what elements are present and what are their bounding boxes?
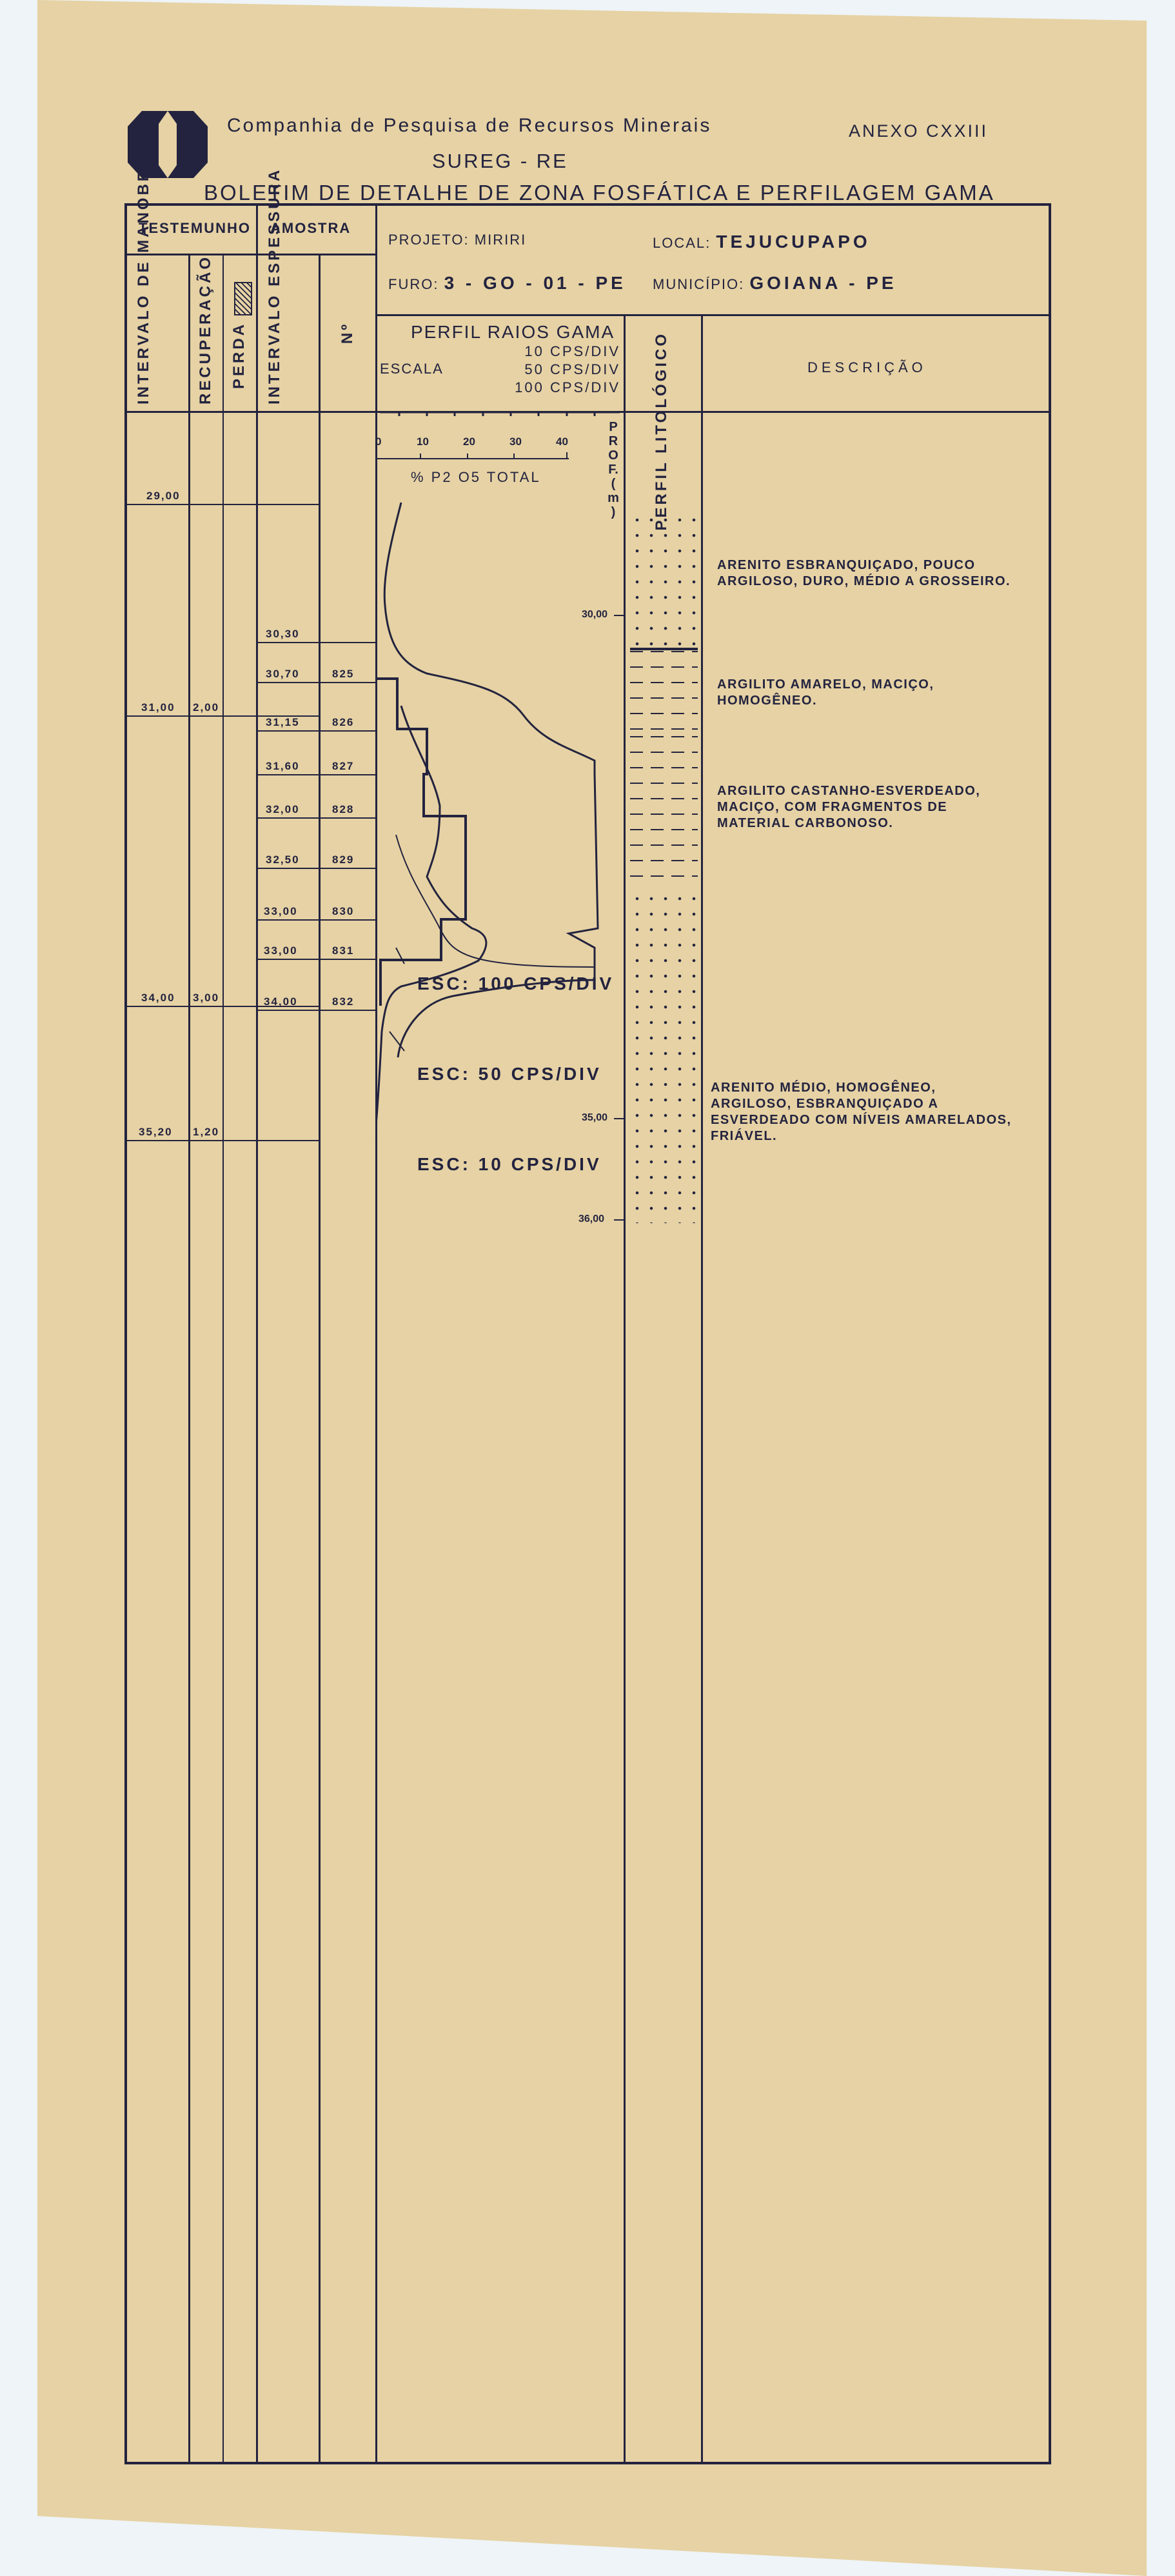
row-divider: [127, 254, 375, 255]
depth-mark: 36,00: [578, 1213, 604, 1225]
testemunho-recuperacao: 2,00: [193, 701, 219, 714]
litho-sandstone: [630, 512, 698, 650]
depth-mark: 35,00: [582, 1112, 607, 1124]
amostra-numero: 830: [332, 905, 354, 918]
row-divider: [256, 919, 375, 921]
testemunho-recuperacao: 3,00: [193, 992, 219, 1004]
amostra-intervalo: 31,15: [266, 716, 300, 729]
gamma-curve-10: [396, 835, 595, 980]
testemunho-header: TESTEMUNHO: [139, 220, 251, 237]
amostra-intervalo: 33,00: [264, 905, 298, 918]
descricao-header: DESCRIÇÃO: [807, 359, 927, 376]
recuperacao-header: RECUPERAÇÃO: [197, 263, 215, 404]
depth-tick: [614, 1118, 624, 1119]
amostra-numero: 829: [332, 854, 354, 866]
local-field: LOCAL: TEJUCUPAPO: [653, 232, 871, 252]
gamma-annotation-10: ESC: 10 CPS/DIV: [417, 1154, 602, 1175]
litho-sandstone-argillaceous: [630, 891, 698, 1223]
intervalo-espessura-header: INTERVALO ESPESSURA: [266, 263, 284, 404]
col-divider: [188, 255, 190, 2464]
amostra-intervalo: 34,00: [264, 995, 298, 1008]
perda-header: PERDA: [230, 270, 256, 406]
col-divider: [319, 255, 321, 2464]
p2o5-step-curve: [375, 679, 466, 1006]
amostra-intervalo: 32,00: [266, 803, 300, 816]
numero-header: Nº: [339, 322, 357, 344]
municipio-field: MUNICÍPIO: GOIANA - PE: [653, 273, 897, 294]
row-divider: [127, 1140, 319, 1141]
litho-claystone-greenish: [630, 736, 698, 891]
testemunho-recuperacao: 1,20: [193, 1126, 219, 1139]
amostra-intervalo: 33,00: [264, 944, 298, 957]
depth-mark: 30,00: [582, 609, 607, 621]
amostra-numero: 825: [332, 668, 354, 681]
amostra-numero: 826: [332, 716, 354, 729]
row-divider: [256, 868, 375, 869]
description-1: ARENITO ESBRANQUIÇADO, POUCO ARGILOSO, D…: [717, 557, 1020, 590]
row-divider: [256, 959, 375, 960]
amostra-intervalo: 32,50: [266, 854, 300, 866]
amostra-numero: 827: [332, 760, 354, 773]
amostra-numero: 832: [332, 995, 354, 1008]
perfil-litologico-header: PERFIL LITOLÓGICO: [653, 332, 671, 530]
description-4: ARENITO MÉDIO, HOMOGÊNEO, ARGILOSO, ESBR…: [711, 1080, 1014, 1144]
scale-list: 10 CPS/DIV 50 CPS/DIV 100 CPS/DIV: [514, 343, 620, 397]
row-divider: [127, 504, 319, 505]
col-divider: [222, 255, 224, 2464]
gamma-p2o5-chart: [375, 412, 624, 1380]
amostra-intervalo: 31,60: [266, 760, 300, 773]
row-divider: [256, 730, 375, 732]
annex-label: ANEXO CXXIII: [849, 121, 988, 141]
amostra-intervalo: 30,30: [266, 628, 300, 641]
col-divider: [701, 315, 703, 2464]
row-divider: [256, 682, 375, 683]
description-2: ARGILITO AMARELO, MACIÇO, HOMOGÊNEO.: [717, 677, 1020, 709]
row-divider: [375, 314, 1051, 316]
depth-tick: [614, 615, 624, 616]
description-3: ARGILITO CASTANHO-ESVERDEADO, MACIÇO, CO…: [717, 783, 1020, 832]
amostra-intervalo: 30,70: [266, 668, 300, 681]
amostra-numero: 828: [332, 803, 354, 816]
testemunho-intervalo: 29,00: [146, 490, 181, 503]
row-divider: [256, 817, 375, 819]
furo-field: FURO: 3 - GO - 01 - PE: [388, 273, 626, 294]
litho-claystone-yellow: [630, 651, 698, 736]
page-title: BOLETIM DE DETALHE DE ZONA FOSFÁTICA E P…: [204, 181, 995, 205]
gamma-annotation-100: ESC: 100 CPS/DIV: [417, 973, 614, 994]
row-divider: [256, 774, 375, 775]
intervalo-manobras-header: INTERVALO DE MANOBRAS: [135, 263, 153, 404]
row-divider: [256, 1010, 375, 1011]
testemunho-intervalo: 34,00: [141, 992, 175, 1004]
log-table: TESTEMUNHO AMOSTRA INTERVALO DE MANOBRAS…: [124, 203, 1051, 2464]
gamma-profile-title: PERFIL RAIOS GAMA: [411, 322, 615, 343]
testemunho-intervalo: 35,20: [139, 1126, 173, 1139]
gamma-curve-50: [375, 706, 486, 1161]
arrow-100: [396, 948, 404, 964]
row-divider: [256, 642, 375, 643]
col-divider: [624, 315, 626, 2464]
projeto-field: PROJETO: MIRIRI: [388, 232, 526, 248]
company-name: Companhia de Pesquisa de Recursos Minera…: [227, 115, 711, 137]
gamma-annotation-50: ESC: 50 CPS/DIV: [417, 1064, 602, 1084]
unit-label: SUREG - RE: [432, 150, 568, 173]
amostra-numero: 831: [332, 944, 354, 957]
col-divider: [256, 206, 258, 2464]
testemunho-intervalo: 31,00: [141, 701, 175, 714]
hatch-legend-icon: [234, 282, 252, 315]
depth-tick: [614, 1219, 624, 1221]
escala-label: ESCALA: [380, 361, 444, 377]
